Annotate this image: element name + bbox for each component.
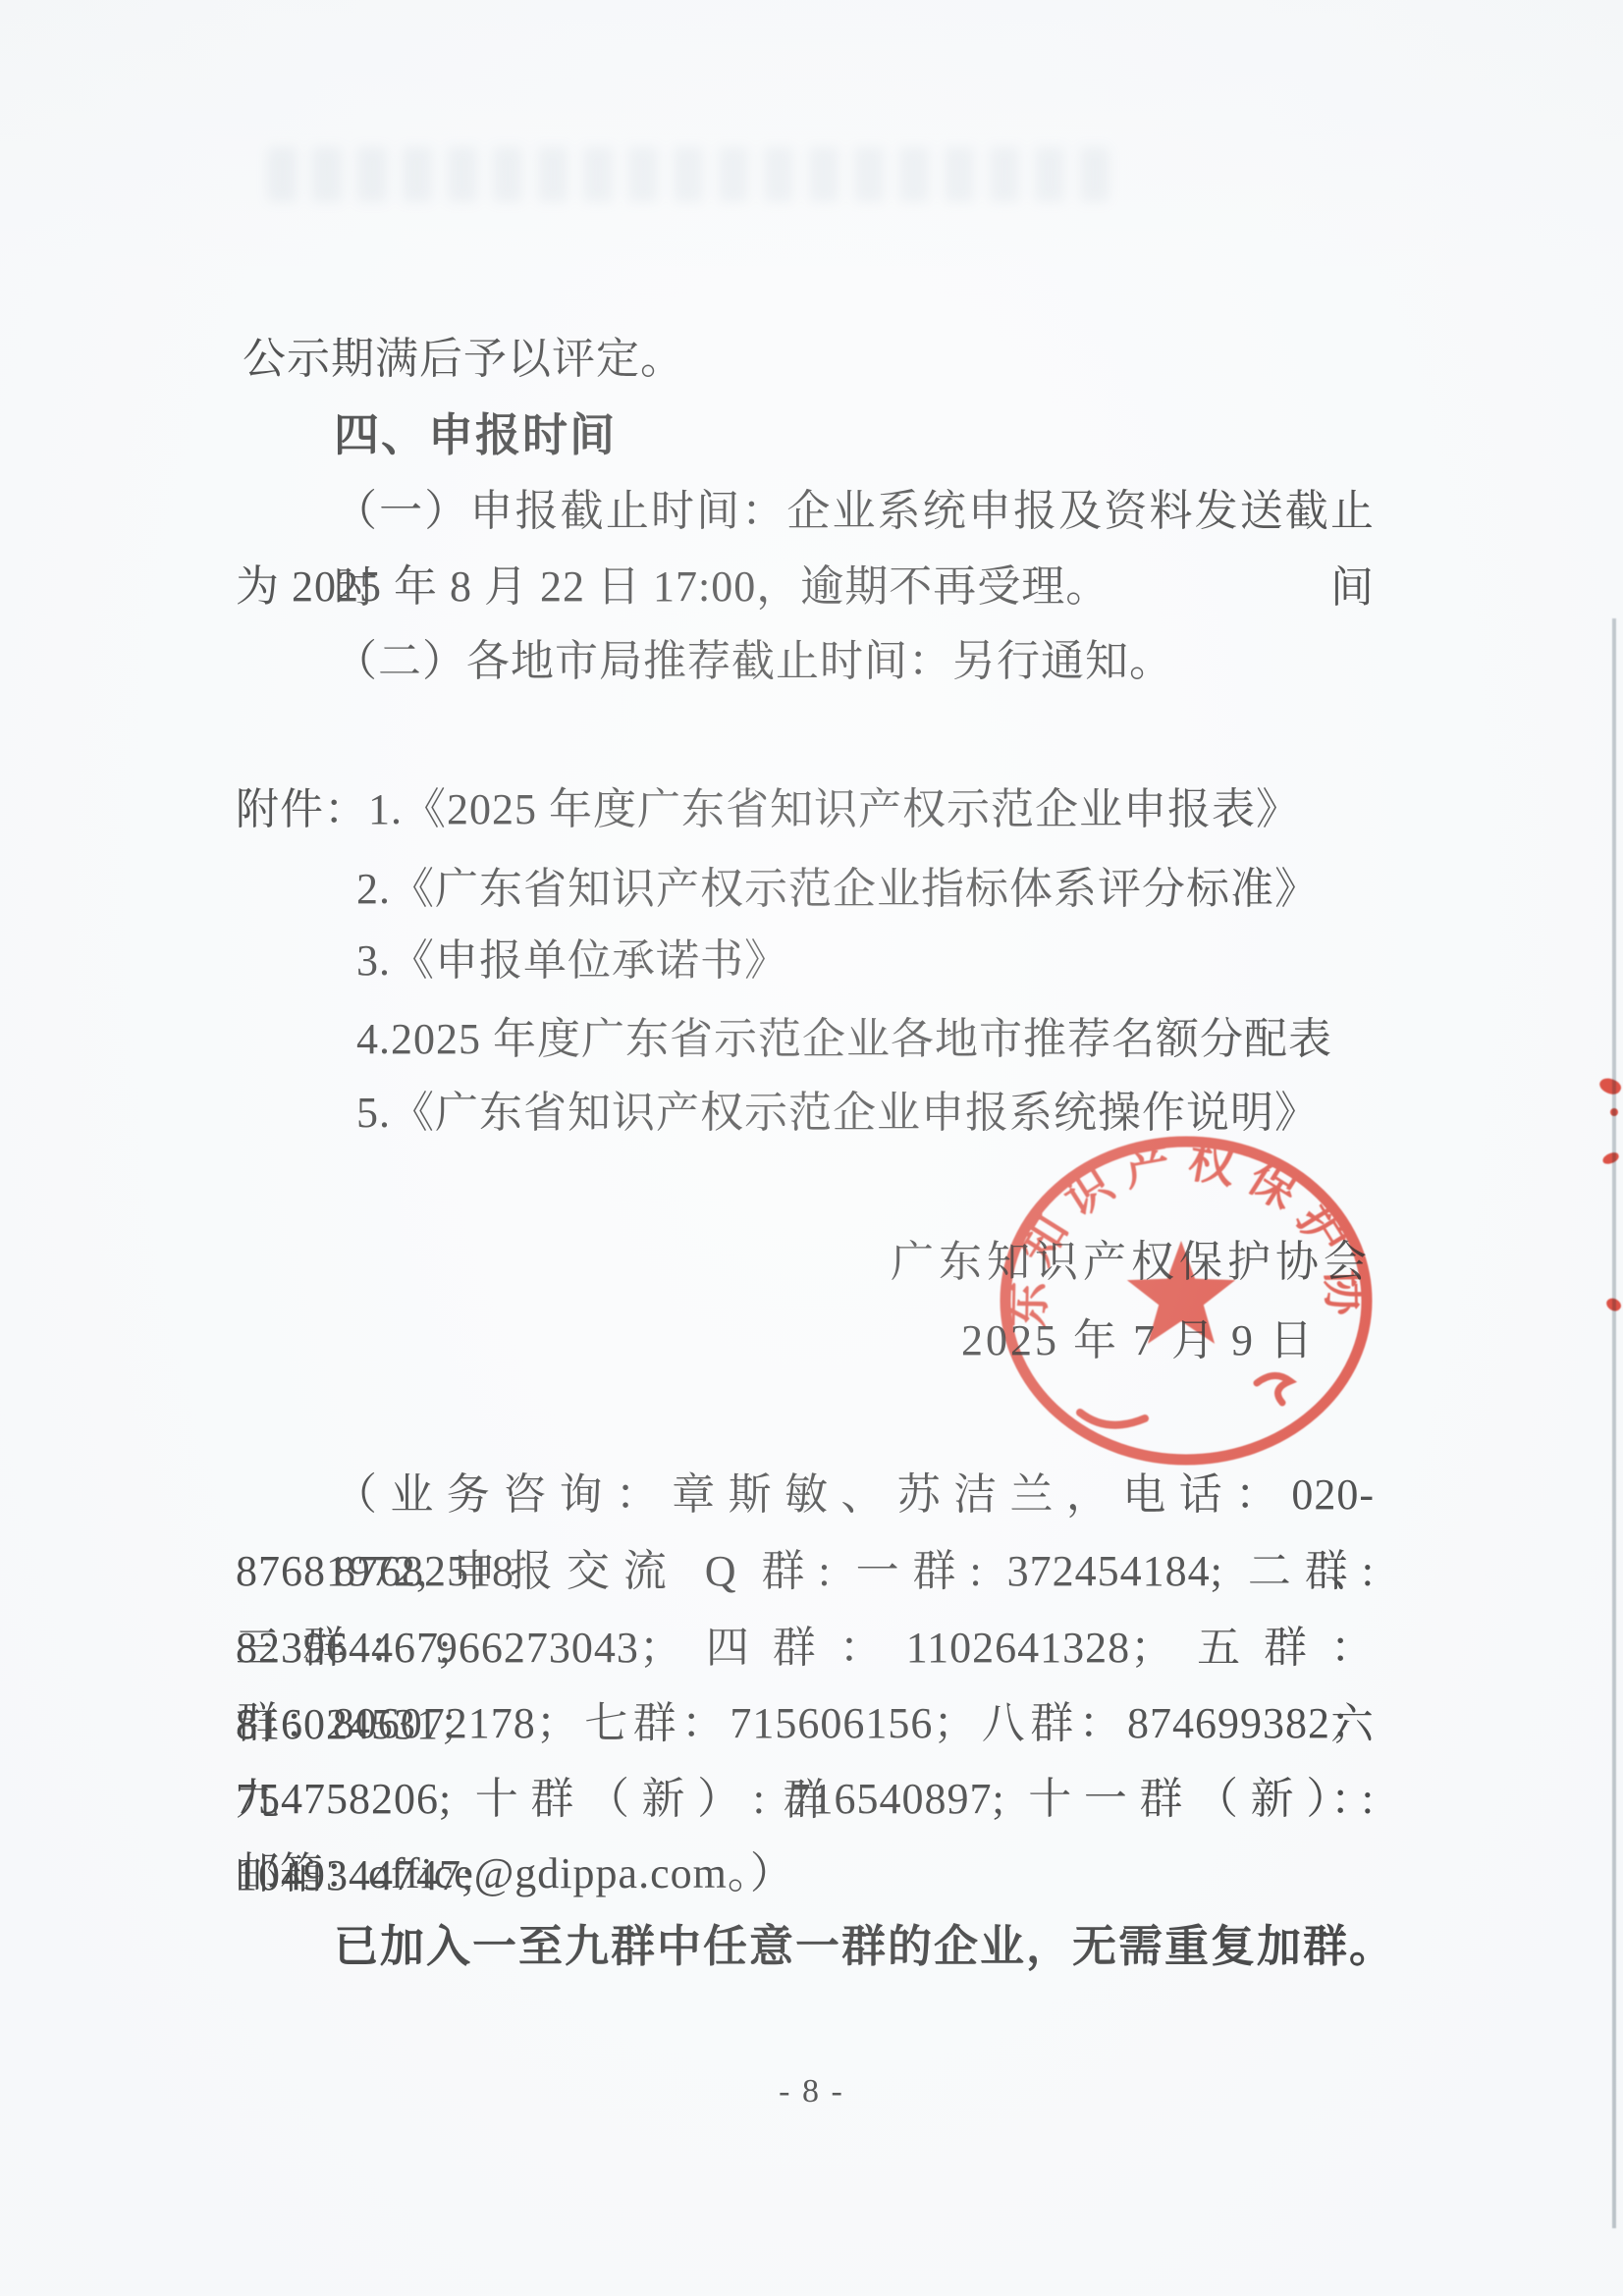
- red-ink-blot: [1610, 1108, 1618, 1116]
- seal-squiggle-right: [1257, 1375, 1290, 1403]
- red-ink-blot: [1604, 1296, 1623, 1314]
- attachment-item-1: 1.《2025 年度广东省知识产权示范企业申报表》: [368, 772, 1300, 848]
- red-ink-blot: [1597, 1075, 1623, 1098]
- attachment-item-3: 3.《申报单位承诺书》: [356, 923, 788, 999]
- bold-note: 已加入一至九群中任意一群的企业，无需重复加群。: [334, 1908, 1395, 1985]
- attachments-label: 附件：: [236, 772, 368, 848]
- contact-line-2: 87681972, 申报交流 Q 群: 一群: 372454184; 二群: 8…: [236, 1533, 1375, 1610]
- attachments-line1: 附件： 1.《2025 年度广东省知识产权示范企业申报表》: [236, 772, 1300, 848]
- seal-star: [1127, 1241, 1235, 1344]
- contact-line-5: 754758206; 十群（新）: 716540897; 十一群（新）: 104…: [236, 1761, 1375, 1838]
- seal-squiggle-left: [1080, 1413, 1145, 1425]
- red-ink-blot: [1601, 1151, 1620, 1166]
- contact-line-6: 邮箱：office@gdippa.com。）: [236, 1836, 794, 1912]
- contact-line-3: 三群：966273043；四群：1102641328；五群：816024531；…: [236, 1610, 1375, 1686]
- contact-line-4: 群：806072178；七群：715606156；八群：874699382；九群…: [236, 1685, 1375, 1762]
- deadline-item1-line1: （一）申报截止时间：企业系统申报及资料发送截止时间: [334, 473, 1375, 550]
- section-heading: 四、申报时间: [334, 397, 617, 473]
- page-edge-line: [1612, 618, 1616, 2228]
- bleed-through-artifact: [267, 147, 1109, 202]
- official-seal: 广东知识产权保护协会: [990, 1126, 1382, 1479]
- intro-line: 公示期满后予以评定。: [243, 321, 684, 398]
- attachment-item-4: 4.2025 年度广东省示范企业各地市推荐名额分配表: [356, 1001, 1332, 1078]
- deadline-item2: （二）各地市局推荐截止时间：另行通知。: [334, 623, 1173, 700]
- deadline-item1-line2: 为 2025 年 8 月 22 日 17:00，逾期不再受理。: [236, 549, 1109, 625]
- attachment-item-2: 2.《广东省知识产权示范企业指标体系评分标准》: [356, 851, 1319, 928]
- scanned-document-page: 公示期满后予以评定。 四、申报时间 （一）申报截止时间：企业系统申报及资料发送截…: [0, 0, 1623, 2296]
- page-number: - 8 -: [0, 2073, 1623, 2110]
